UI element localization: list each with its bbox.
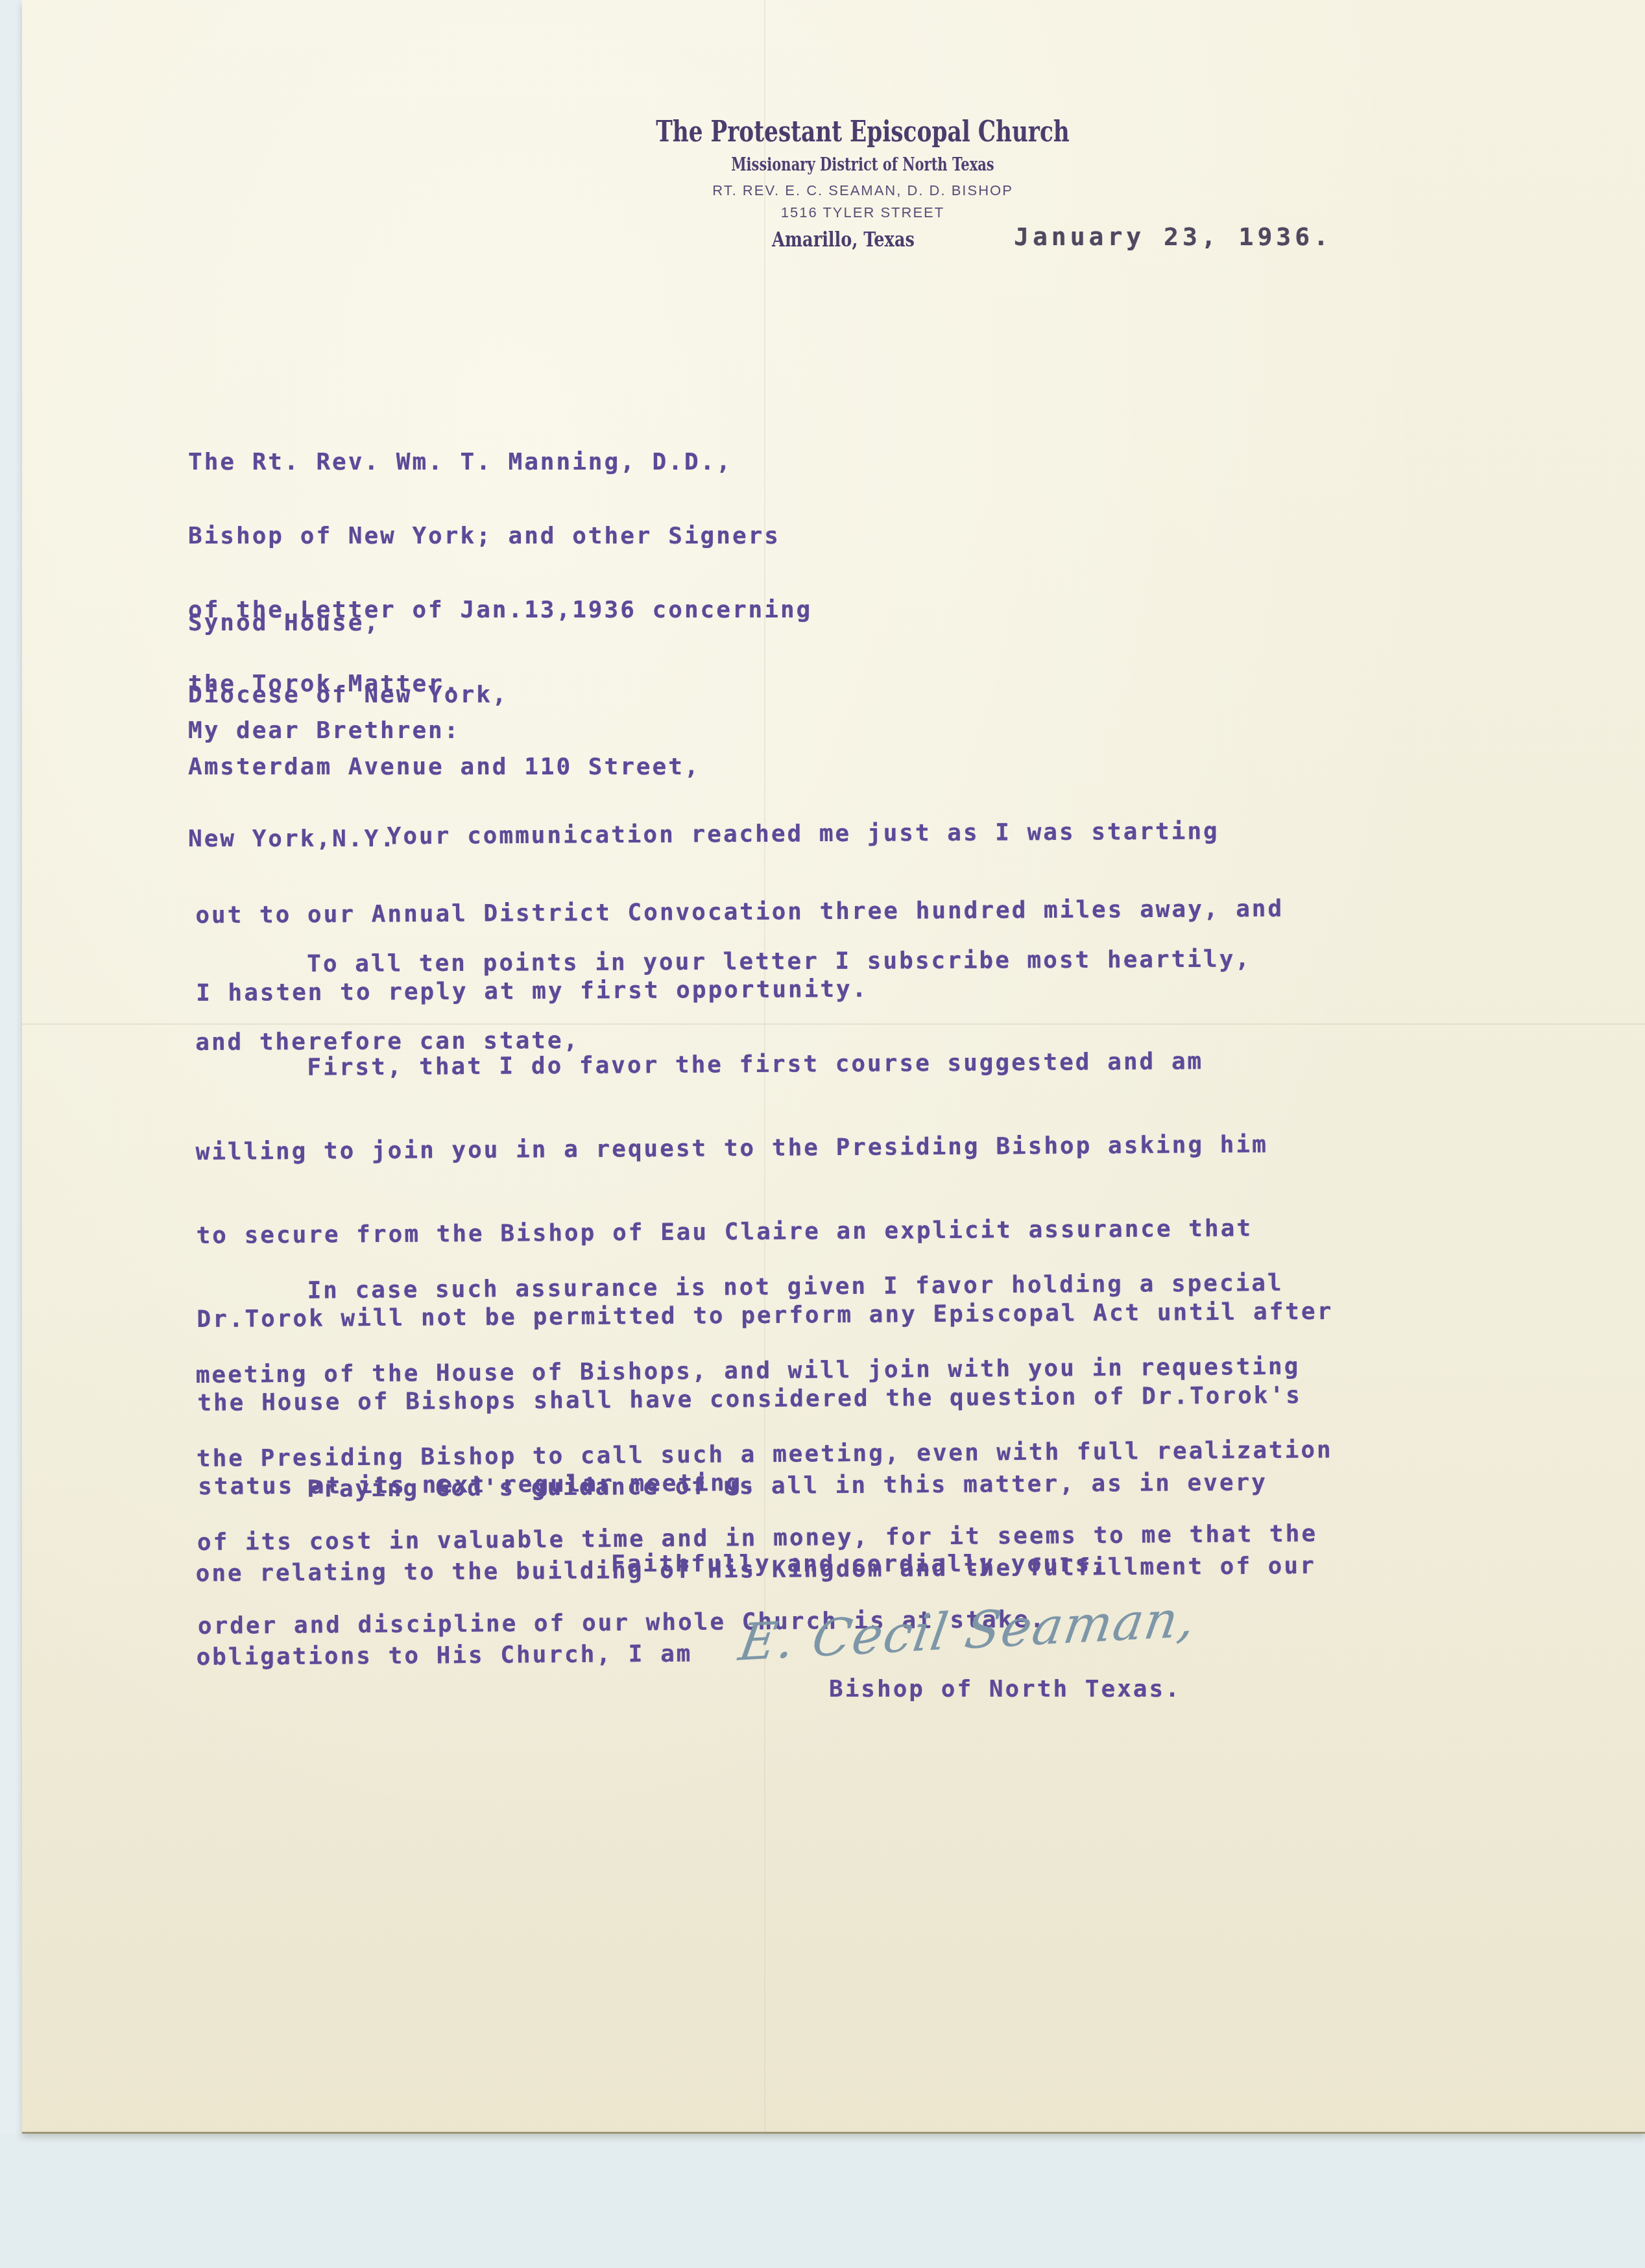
- addressee-line: Bishop of New York; and other Signers: [188, 524, 812, 549]
- address-line: Synod House,: [188, 611, 701, 635]
- body-line: meeting of the House of Bishops, and wil…: [196, 1352, 1332, 1389]
- letterhead-title: The Protestant Episcopal Church: [645, 115, 1081, 149]
- body-line: Praying God's guidance of us all in this…: [195, 1468, 1315, 1504]
- scanner-bed-left: [0, 0, 22, 2134]
- letter-date: January 23, 1936.: [1014, 224, 1332, 250]
- salutation: My dear Brethren:: [188, 718, 460, 744]
- letterhead-city: Amarillo, Texas: [745, 227, 942, 252]
- signer-title: Bishop of North Texas.: [829, 1677, 1181, 1702]
- letterhead-subtitle: Missionary District of North Texas: [645, 155, 1081, 175]
- body-line: In case such assurance is not given I fa…: [195, 1269, 1332, 1306]
- complimentary-close: Faithfully and cordially yours,: [611, 1551, 1107, 1577]
- body-line: First, that I do favor the first course …: [195, 1047, 1332, 1082]
- body-line: Your communication reached me just as I …: [195, 818, 1283, 851]
- address-line: Diocese of New York,: [188, 683, 701, 707]
- letterhead-street: 1516 TYLER STREET: [584, 204, 1142, 221]
- addressee-line: The Rt. Rev. Wm. T. Manning, D.D.,: [188, 450, 812, 475]
- body-line: To all ten points in your letter I subsc…: [195, 946, 1251, 978]
- body-line: willing to join you in a request to the …: [196, 1130, 1332, 1166]
- letterhead-bishop: RT. REV. E. C. SEAMAN, D. D. BISHOP: [584, 182, 1142, 199]
